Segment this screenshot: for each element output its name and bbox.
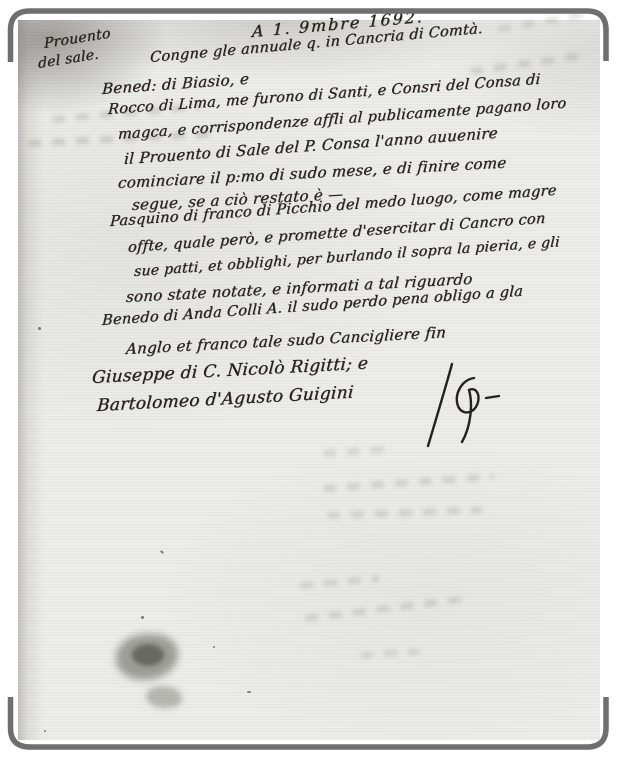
ink-speck bbox=[141, 616, 144, 619]
ink-speck bbox=[44, 730, 46, 732]
ink-speck bbox=[247, 691, 251, 693]
ink-speck bbox=[38, 327, 41, 330]
ink-speck bbox=[213, 646, 215, 648]
scanned-document-page: Prouento del sale. A 1. 9mbre 1692. Cong… bbox=[0, 0, 619, 760]
